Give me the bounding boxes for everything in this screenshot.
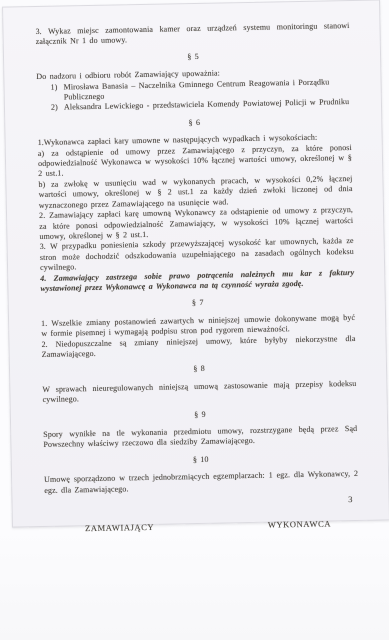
section-9-heading: § 9	[43, 407, 357, 423]
signature-label-wykonawca: WYKONAWCA	[268, 518, 331, 530]
signature-row: ZAMAWIAJĄCY WYKONAWCA	[45, 518, 359, 534]
section-10-heading: § 10	[44, 452, 358, 468]
page-number: 3	[348, 494, 353, 504]
signature-label-zamawiajacy: ZAMAWIAJĄCY	[85, 522, 154, 534]
section-10-paragraph-1: Umowę sporządzono w trzech jednobrzmiący…	[44, 469, 358, 496]
section-8-heading: § 8	[42, 361, 356, 377]
list-item-number: 2)	[51, 103, 64, 114]
section-5-heading: § 5	[36, 49, 350, 65]
authorized-persons-list: 1) Mirosława Banasia – Naczelnika Gminne…	[50, 77, 351, 114]
section-6-heading: § 6	[37, 115, 351, 131]
scanned-contract-page: { "scan": { "page_number": "3", "signatu…	[0, 0, 389, 640]
paragraph-intro: 3. Wykaz miejsc zamontowania kamer oraz …	[35, 21, 349, 48]
section-8-paragraph-1: W sprawach nieuregulowanych niniejszą um…	[42, 379, 356, 406]
section-9-paragraph-1: Spory wynikłe na tle wykonania przedmiot…	[43, 424, 357, 451]
document-page: 3. Wykaz miejsc zamontowania kamer oraz …	[2, 0, 389, 528]
list-item-number: 1)	[50, 82, 63, 103]
document-text-block: 3. Wykaz miejsc zamontowania kamer oraz …	[3, 0, 389, 526]
section-7-heading: § 7	[41, 295, 355, 311]
